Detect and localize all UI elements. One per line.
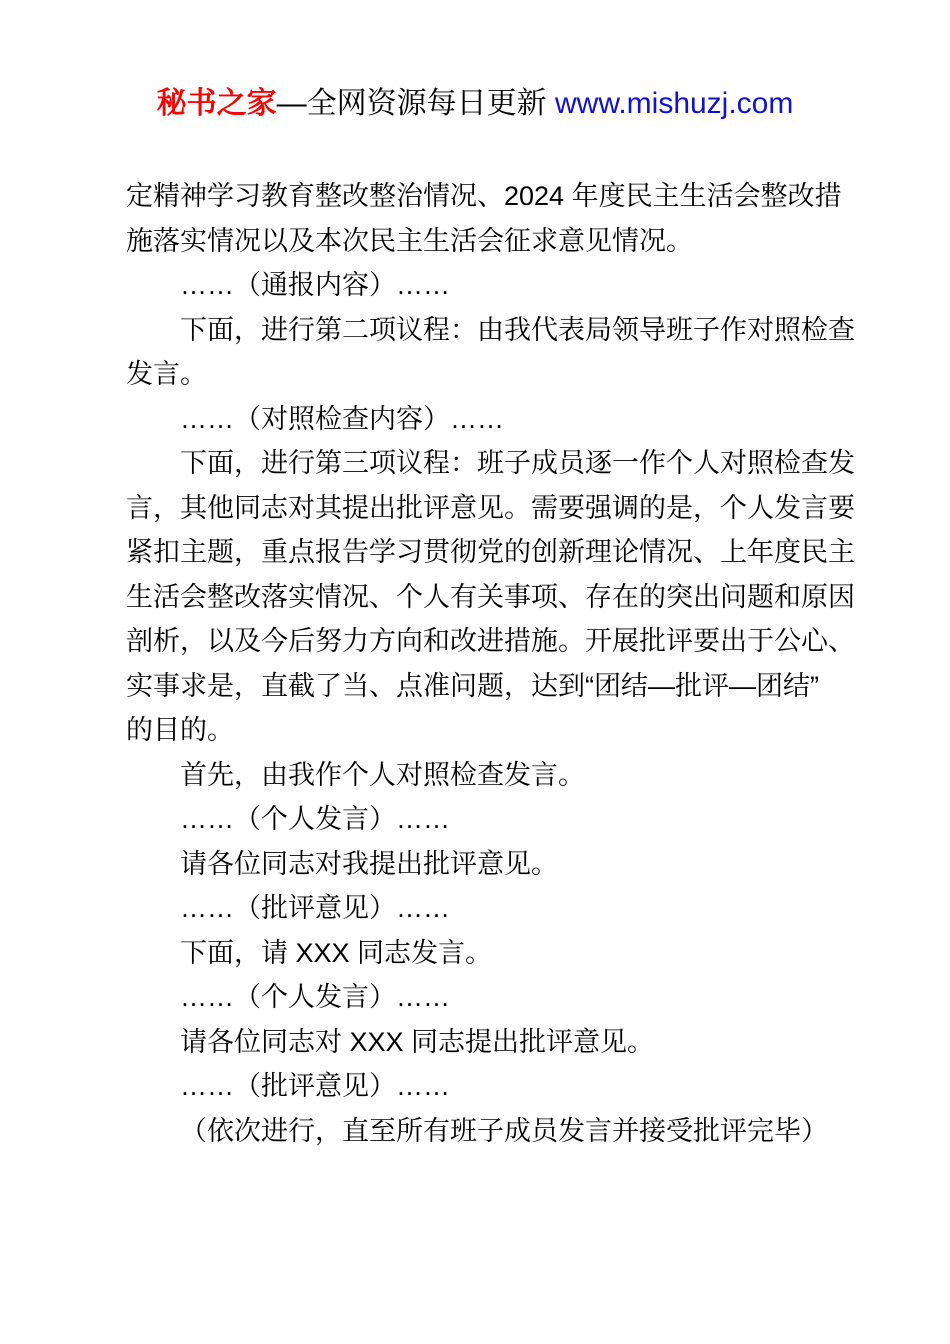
document-line: 下面，进行第二项议程：由我代表局领导班子作对照检查 — [126, 308, 836, 353]
document-line: 施落实情况以及本次民主生活会征求意见情况。 — [126, 219, 836, 264]
document-line: ……（对照检查内容）…… — [126, 397, 836, 442]
page-header: 秘书之家—全网资源每日更新 www.mishuzj.com — [0, 0, 950, 126]
document-line: 紧扣主题，重点报告学习贯彻党的创新理论情况、上年度民主 — [126, 530, 836, 575]
document-line: 言，其他同志对其提出批评意见。需要强调的是，个人发言要 — [126, 486, 836, 531]
document-line: ……（个人发言）…… — [126, 975, 836, 1020]
document-line: ……（通报内容）…… — [126, 263, 836, 308]
document-body: 定精神学习教育整改整治情况、2024 年度民主生活会整改措施落实情况以及本次民主… — [126, 174, 836, 1153]
header-tagline: —全网资源每日更新 — [277, 87, 555, 120]
document-line: 请各位同志对 XXX 同志提出批评意见。 — [126, 1020, 836, 1065]
document-line: 下面，进行第三项议程：班子成员逐一作个人对照检查发 — [126, 441, 836, 486]
document-line: 下面，请 XXX 同志发言。 — [126, 931, 836, 976]
document-line: 首先，由我作个人对照检查发言。 — [126, 753, 836, 798]
document-line: 请各位同志对我提出批评意见。 — [126, 842, 836, 887]
brand-name: 秘书之家 — [157, 87, 277, 120]
header-url-link[interactable]: www.mishuzj.com — [555, 87, 793, 120]
document-line: 剖析，以及今后努力方向和改进措施。开展批评要出于公心、 — [126, 619, 836, 664]
document-line: （依次进行，直至所有班子成员发言并接受批评完毕） — [126, 1109, 836, 1154]
document-line: 的目的。 — [126, 708, 836, 753]
document-line: 发言。 — [126, 352, 836, 397]
document-line: 定精神学习教育整改整治情况、2024 年度民主生活会整改措 — [126, 174, 836, 219]
document-line: ……（批评意见）…… — [126, 1064, 836, 1109]
document-line: ……（个人发言）…… — [126, 797, 836, 842]
document-line: ……（批评意见）…… — [126, 886, 836, 931]
document-page: 秘书之家—全网资源每日更新 www.mishuzj.com 定精神学习教育整改整… — [0, 0, 950, 1344]
document-line: 实事求是，直截了当、点准问题，达到“团结—批评—团结” — [126, 664, 836, 709]
document-line: 生活会整改落实情况、个人有关事项、存在的突出问题和原因 — [126, 575, 836, 620]
